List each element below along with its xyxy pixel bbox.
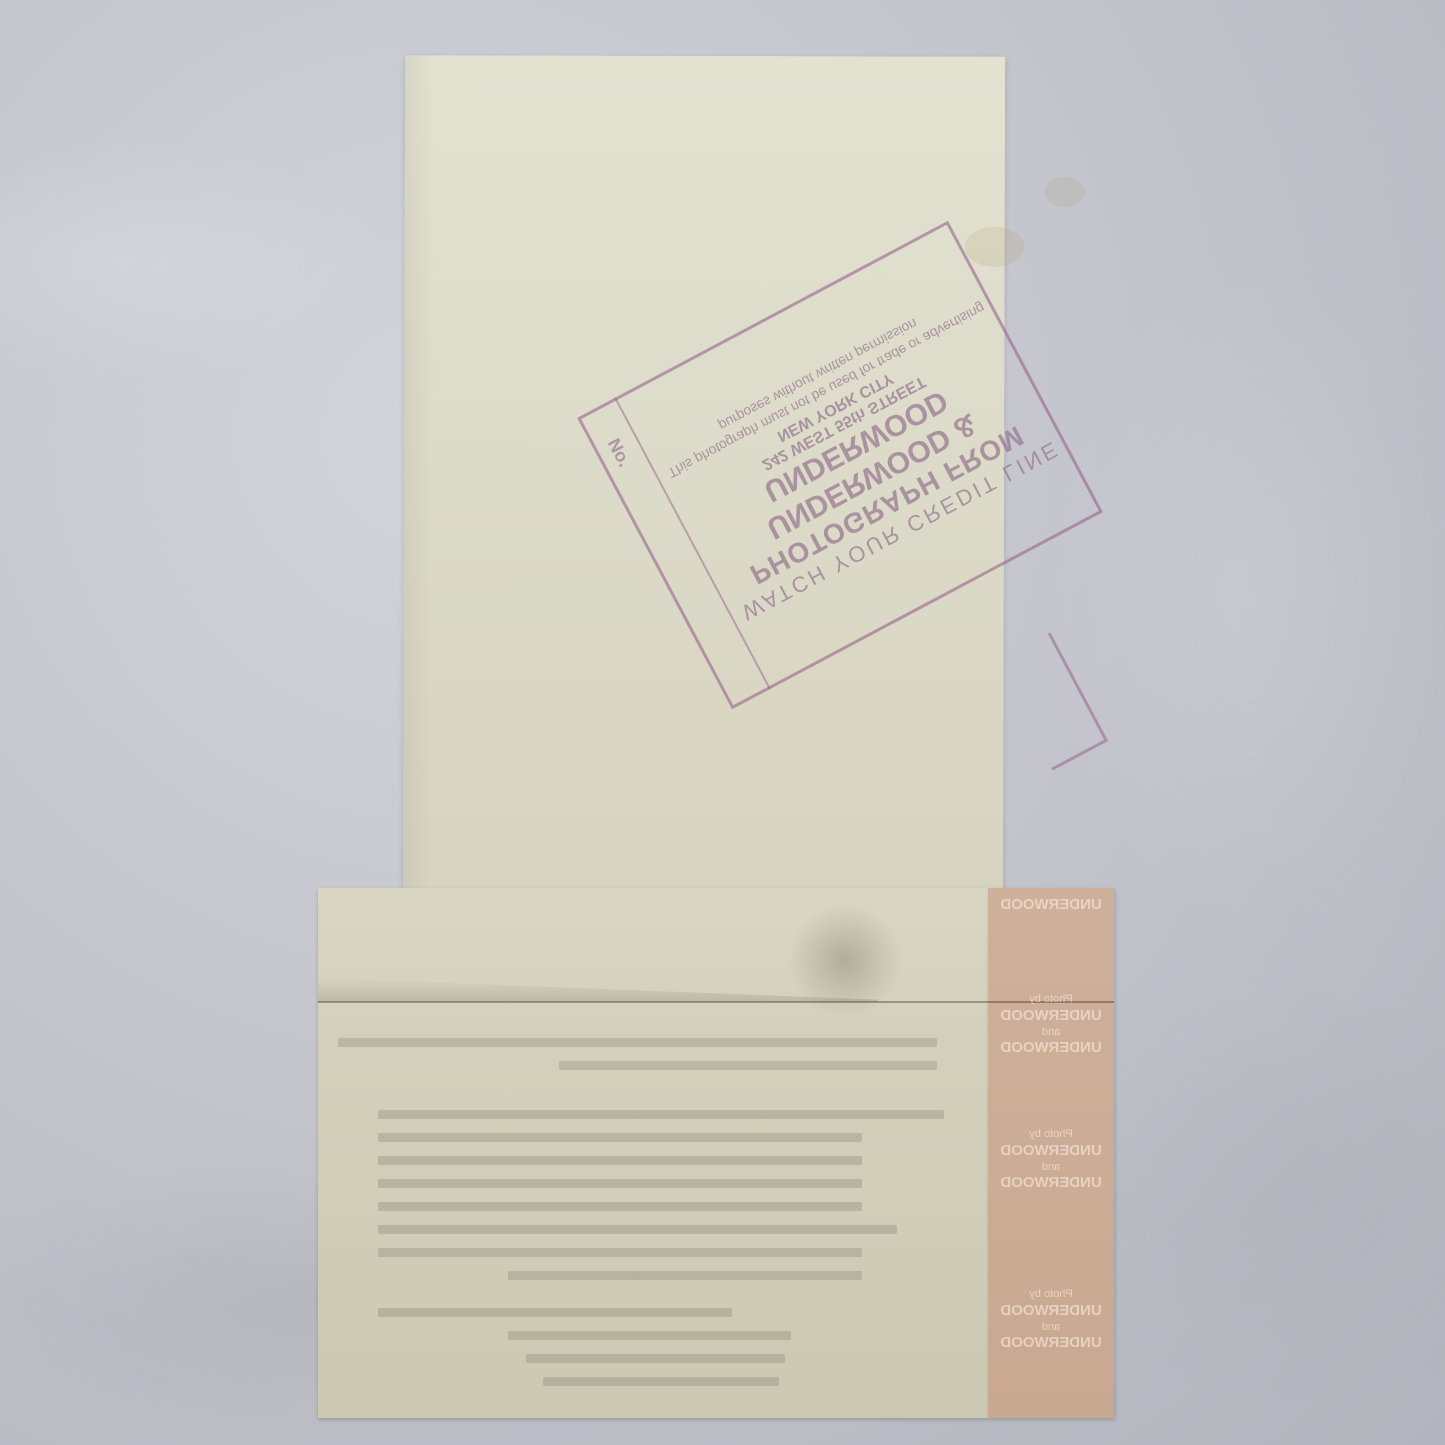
credit-name: UNDERWOOD xyxy=(988,1334,1114,1353)
credit-name: UNDERWOOD xyxy=(988,1174,1114,1193)
credit-and: and xyxy=(988,1161,1114,1175)
credit-block: Photo by UNDERWOOD and UNDERWOOD xyxy=(988,1288,1114,1353)
fold-line xyxy=(318,1001,988,1003)
credit-block: UNDERWOOD xyxy=(988,896,1114,915)
credit-name: UNDERWOOD xyxy=(988,896,1114,915)
stamp-number-label: No. xyxy=(603,435,635,470)
ink-smudge xyxy=(790,900,900,1020)
credit-name: UNDERWOOD xyxy=(988,1302,1114,1321)
credit-and: and xyxy=(988,1321,1114,1335)
stain xyxy=(965,227,1025,267)
credit-label: Photo by xyxy=(988,1128,1114,1142)
credit-strip: UNDERWOOD Photo by UNDERWOOD and UNDERWO… xyxy=(988,888,1114,1418)
credit-label: Photo by xyxy=(988,1288,1114,1302)
caption-bleed-through xyxy=(318,1308,988,1386)
credit-name: UNDERWOOD xyxy=(988,1142,1114,1161)
stain xyxy=(1045,177,1085,207)
credit-block: Photo by UNDERWOOD and UNDERWOOD xyxy=(988,1128,1114,1193)
credit-block: Photo by UNDERWOOD and UNDERWOOD xyxy=(988,993,1114,1058)
credit-name: UNDERWOOD xyxy=(988,1007,1114,1026)
credit-label: Photo by xyxy=(988,993,1114,1007)
caption-bleed-through xyxy=(318,1038,988,1070)
credit-and: and xyxy=(988,1026,1114,1040)
credit-name: UNDERWOOD xyxy=(988,1039,1114,1058)
caption-bleed-through xyxy=(318,1110,988,1280)
